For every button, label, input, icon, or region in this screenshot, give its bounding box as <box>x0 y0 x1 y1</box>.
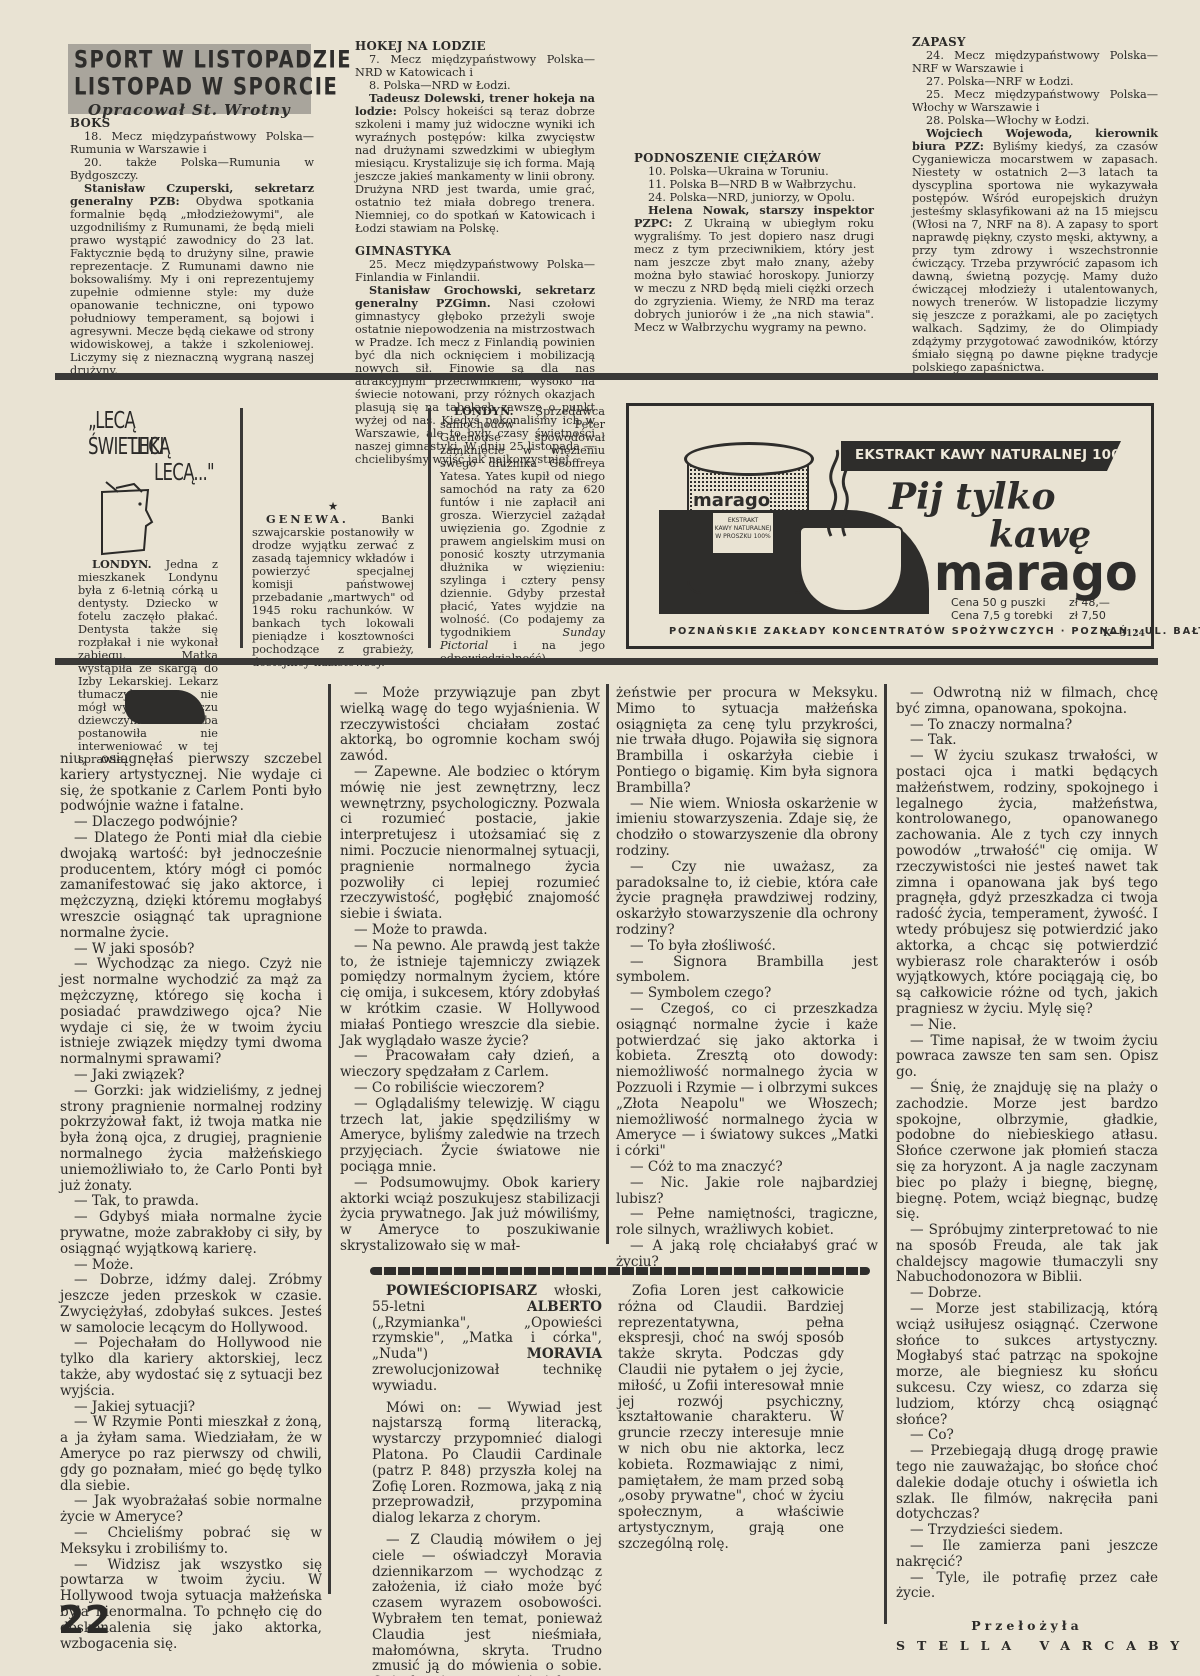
brief-text: Banki szwajcarskie postanowiły w drodze … <box>252 513 414 669</box>
interview-column-3: żeństwie per procura w Meksyku. Mimo to … <box>616 686 878 1270</box>
interview-paragraph: — Dlaczego podwójnie? <box>60 815 322 831</box>
sport-header-line2: LISTOPAD W SPORCIE <box>74 73 311 101</box>
column-rule <box>884 684 887 1624</box>
statement: Tadeusz Dolewski, trener hokeja na lodzi… <box>355 92 595 235</box>
interview-intro-right: Zofia Loren jest całkowicie różna od Cla… <box>618 1284 844 1553</box>
interview-paragraph: — Time napisał, że w twoim życiu powraca… <box>896 1034 1158 1081</box>
ad-prices: Cena 50 g puszkizł 48,— Cena 7,5 g toreb… <box>951 596 1110 622</box>
interview-paragraph: żeństwie per procura w Meksyku. Mimo to … <box>616 686 878 797</box>
interview-column-1: niu, osiągnęłaś pierwszy szczebel karier… <box>60 752 322 1652</box>
wavy-rule <box>370 1267 870 1275</box>
brief-london-debtor: LONDYN. Sprzedawca samochodów Peter Gate… <box>440 405 605 665</box>
quote: Obydwa spotkania formalnie będą „młodzie… <box>70 195 314 377</box>
interview-paragraph: — Zapewne. Ale bodziec o którym mówię ni… <box>340 765 600 923</box>
interview-paragraph: — Tak. <box>896 733 1158 749</box>
fixture: 7. Mecz międzypaństwowy Polska—NRD w Kat… <box>355 53 595 79</box>
fixture: 18. Mecz międzypaństwowy Polska—Rumunia … <box>70 130 314 156</box>
quote: Polscy hokeiści są teraz dobrze szkoleni… <box>355 105 595 235</box>
interview-paragraph: — Gorzki: jak widzieliśmy, z jednej stro… <box>60 1084 322 1195</box>
interview-paragraph: — Może. <box>60 1258 322 1274</box>
section-title-ciezary: PODNOSZENIE CIĘŻARÓW <box>634 152 874 165</box>
interview-paragraph: — Dobrze. <box>896 1286 1158 1302</box>
interview-column-2: — Może przywiązuje pan zbyt wielką wagę … <box>340 686 600 1255</box>
interview-paragraph: niu, osiągnęłaś pierwszy szczebel karier… <box>60 752 322 815</box>
fixture: 20. także Polska—Rumunia w Bydgoszczy. <box>70 156 314 182</box>
column-rule <box>240 408 243 648</box>
dateline: LONDYN. <box>92 557 152 571</box>
intro-paragraph: Zofia Loren jest całkowicie różna od Cla… <box>618 1284 844 1553</box>
column-rule <box>606 684 609 1244</box>
interview-paragraph: — Pojechałam do Hollywood nie tylko dla … <box>60 1336 322 1399</box>
fixture: 11. Polska B—NRD B w Wałbrzychu. <box>634 178 874 191</box>
translator-name: STELLA VARCABY <box>896 1638 1158 1654</box>
section-title-boks: BOKS <box>70 117 314 130</box>
dateline: GENEWA. <box>266 512 349 526</box>
brief-geneva: ★ GENEWA. Banki szwajcarskie postanowiły… <box>252 408 414 669</box>
ad-slogan: Pij tylko <box>889 476 1055 518</box>
statement: Helena Nowak, starszy inspektor PZPC: Z … <box>634 204 874 334</box>
interview-column-4: — Odwrotną niż w filmach, chcę być zimna… <box>896 686 1158 1654</box>
fixture: 24. Mecz międzypaństwowy Polska—NRF w Wa… <box>912 49 1158 75</box>
interview-paragraph: — To znaczy normalna? <box>896 718 1158 734</box>
interview-paragraph: — Odwrotną niż w filmach, chcę być zimna… <box>896 686 1158 718</box>
interview-paragraph: — W jaki sposób? <box>60 942 322 958</box>
interview-paragraph: — Pracowałam cały dzień, a wieczory spęd… <box>340 1049 600 1081</box>
interview-paragraph: — Czegoś, co ci przeszkadza osiągnąć nor… <box>616 1002 878 1160</box>
interview-paragraph: — Spróbujmy zinterpretować to nie na spo… <box>896 1223 1158 1286</box>
interview-paragraph: — Nie wiem. Wniosła oskarżenie w imieniu… <box>616 797 878 860</box>
interview-paragraph: — Jak wyobrażałaś sobie normalne życie w… <box>60 1494 322 1526</box>
ad-code: K—3124 <box>1103 628 1145 641</box>
interview-paragraph: — Co? <box>896 1428 1158 1444</box>
quote: Byliśmy kiedyś, za czasów Cyganiewicza m… <box>912 140 1158 374</box>
intro-paragraph: Mówi on: — Wywiad jest najstarszą formą … <box>372 1401 602 1527</box>
can-lid <box>684 442 814 476</box>
interview-paragraph: — Podsumowujmy. Obok kariery aktorki wci… <box>340 1176 600 1255</box>
sport-column-hokej: HOKEJ NA LODZIE 7. Mecz międzypaństwowy … <box>355 40 595 466</box>
section-title-hokej: HOKEJ NA LODZIE <box>355 40 595 53</box>
can-brand: marago <box>693 492 770 510</box>
price-row: Cena 7,5 g torebkizł 7,50 <box>951 609 1110 622</box>
intro-lead: POWIEŚCIOPISARZ włoski, 55-letni ALBERTO… <box>372 1284 602 1395</box>
interview-paragraph: — Nic. Jakie role najbardziej lubisz? <box>616 1176 878 1208</box>
interview-paragraph: — Na pewno. Ale prawdą jest także to, że… <box>340 939 600 1050</box>
section-title-zapasy: ZAPASY <box>912 36 1158 49</box>
price-row: Cena 50 g puszkizł 48,— <box>951 596 1110 609</box>
interview-paragraph: — Ile zamierza pani jeszcze nakręcić? <box>896 1539 1158 1571</box>
interview-paragraph: — Morze jest stabilizacją, którą wciąż u… <box>896 1302 1158 1428</box>
interview-paragraph: — Chcieliśmy pobrać się w Meksyku i zrob… <box>60 1526 322 1558</box>
fixture: 10. Polska—Ukraina w Toruniu. <box>634 165 874 178</box>
sport-header-line1: SPORT W LISTOPADZIE <box>74 46 311 74</box>
interview-paragraph: — Jaki związek? <box>60 1068 322 1084</box>
translator-label: Przełożyła <box>896 1618 1158 1634</box>
interview-paragraph: — Nie. <box>896 1018 1158 1034</box>
statement: Stanisław Czuperski, sekretarz generalny… <box>70 182 314 377</box>
interview-paragraph: — Może to prawda. <box>340 923 600 939</box>
interview-paragraph: — W życiu szukasz trwałości, w postaci o… <box>896 749 1158 1018</box>
interview-paragraph: — Dobrze, idźmy dalej. Zróbmy jeszcze je… <box>60 1273 322 1336</box>
interview-paragraph: — Dlatego że Ponti miał dla ciebie dwoja… <box>60 831 322 942</box>
column-rule <box>328 684 331 1594</box>
interview-paragraph: — Może przywiązuje pan zbyt wielką wagę … <box>340 686 600 765</box>
interview-paragraph: — A jaką rolę chciałabyś grać w życiu? <box>616 1239 878 1271</box>
statement: Wojciech Wojewoda, kierownik biura PZZ: … <box>912 127 1158 374</box>
interview-paragraph: — Gdybyś miała normalne życie prywatne, … <box>60 1210 322 1257</box>
interview-intro-left: POWIEŚCIOPISARZ włoski, 55-letni ALBERTO… <box>372 1284 602 1676</box>
section-divider-rule <box>55 373 1158 380</box>
interview-paragraph: — Co robiliście wieczorem? <box>340 1081 600 1097</box>
interview-paragraph: — To była złośliwość. <box>616 939 878 955</box>
ad-banner: EKSTRAKT KAWY NATURALNEJ 100% <box>841 441 1121 471</box>
page-number: 22 <box>58 1598 111 1642</box>
can-label: EKSTRAKT KAWY NATURALNEJ W PROSZKU 100% <box>713 513 773 553</box>
face-sketch-icon <box>88 470 198 560</box>
intro-paragraph: — Z Claudią mówiłem o jej ciele — oświad… <box>372 1533 602 1676</box>
interview-paragraph: — Śnię, że znajduję się na plaży o zacho… <box>896 1081 1158 1223</box>
fixture: 27. Polska—NRF w Łodzi. <box>912 75 1158 88</box>
pointing-hand-icon <box>125 690 205 724</box>
lyric-line2: LECĄ <box>130 434 170 460</box>
interview-paragraph: — Wychodząc za niego. Czyż nie jest norm… <box>60 957 322 1068</box>
interview-paragraph: — W Rzymie Ponti mieszkał z żoną, a ja ż… <box>60 1415 322 1494</box>
sport-header-box: SPORT W LISTOPADZIE LISTOPAD W SPORCIE O… <box>68 44 311 114</box>
brief-text: Sprzedawca samochodów Peter Gatehouse sp… <box>440 405 605 639</box>
fixture: 25. Mecz międzypaństwowy Polska—Finlandi… <box>355 258 595 284</box>
section-title-gimnastyka: GIMNASTYKA <box>355 245 595 258</box>
fireflies-illustration: „LECĄ ŚWIETLIKI LECĄ LECĄ..." <box>88 408 238 558</box>
interview-paragraph: — Symbolem czego? <box>616 986 878 1002</box>
interview-paragraph: — Tak, to prawda. <box>60 1194 322 1210</box>
section-divider-rule <box>55 658 1158 665</box>
interview-paragraph: — Trzydzieści siedem. <box>896 1523 1158 1539</box>
fixture: 25. Mecz międzypaństwowy Polska—Włochy w… <box>912 88 1158 114</box>
interview-paragraph: — Signora Brambilla jest symbolem. <box>616 955 878 987</box>
sport-column-zapasy: ZAPASY 24. Mecz międzypaństwowy Polska—N… <box>912 36 1158 374</box>
sport-column-ciezary: PODNOSZENIE CIĘŻARÓW 10. Polska—Ukraina … <box>634 152 874 334</box>
interview-paragraph: — Przebiegają długą drogę prawie tego ni… <box>896 1444 1158 1523</box>
interview-paragraph: — Cóż to ma znaczyć? <box>616 1160 878 1176</box>
interview-paragraph: — Pełne namiętności, tragiczne, role sil… <box>616 1207 878 1239</box>
interview-paragraph: — Jakiej sytuacji? <box>60 1400 322 1416</box>
ad-brand-logo: marago <box>934 544 1138 602</box>
column-rule <box>428 408 431 648</box>
marago-coffee-ad: marago EKSTRAKT KAWY NATURALNEJ W PROSZK… <box>626 403 1154 649</box>
interview-paragraph: — Oglądaliśmy telewizję. W ciągu trzech … <box>340 1097 600 1176</box>
interview-paragraph: — Tyle, ile potrafię przez całe życie. <box>896 1571 1158 1603</box>
dateline: LONDYN. <box>454 404 514 418</box>
quote: Z Ukrainą w ubiegłym roku wygraliśmy. To… <box>634 217 874 334</box>
sport-column-boks: BOKS 18. Mecz międzypaństwowy Polska—Rum… <box>70 117 314 377</box>
interview-paragraph: — Czy nie uważasz, za paradoksalne to, i… <box>616 860 878 939</box>
